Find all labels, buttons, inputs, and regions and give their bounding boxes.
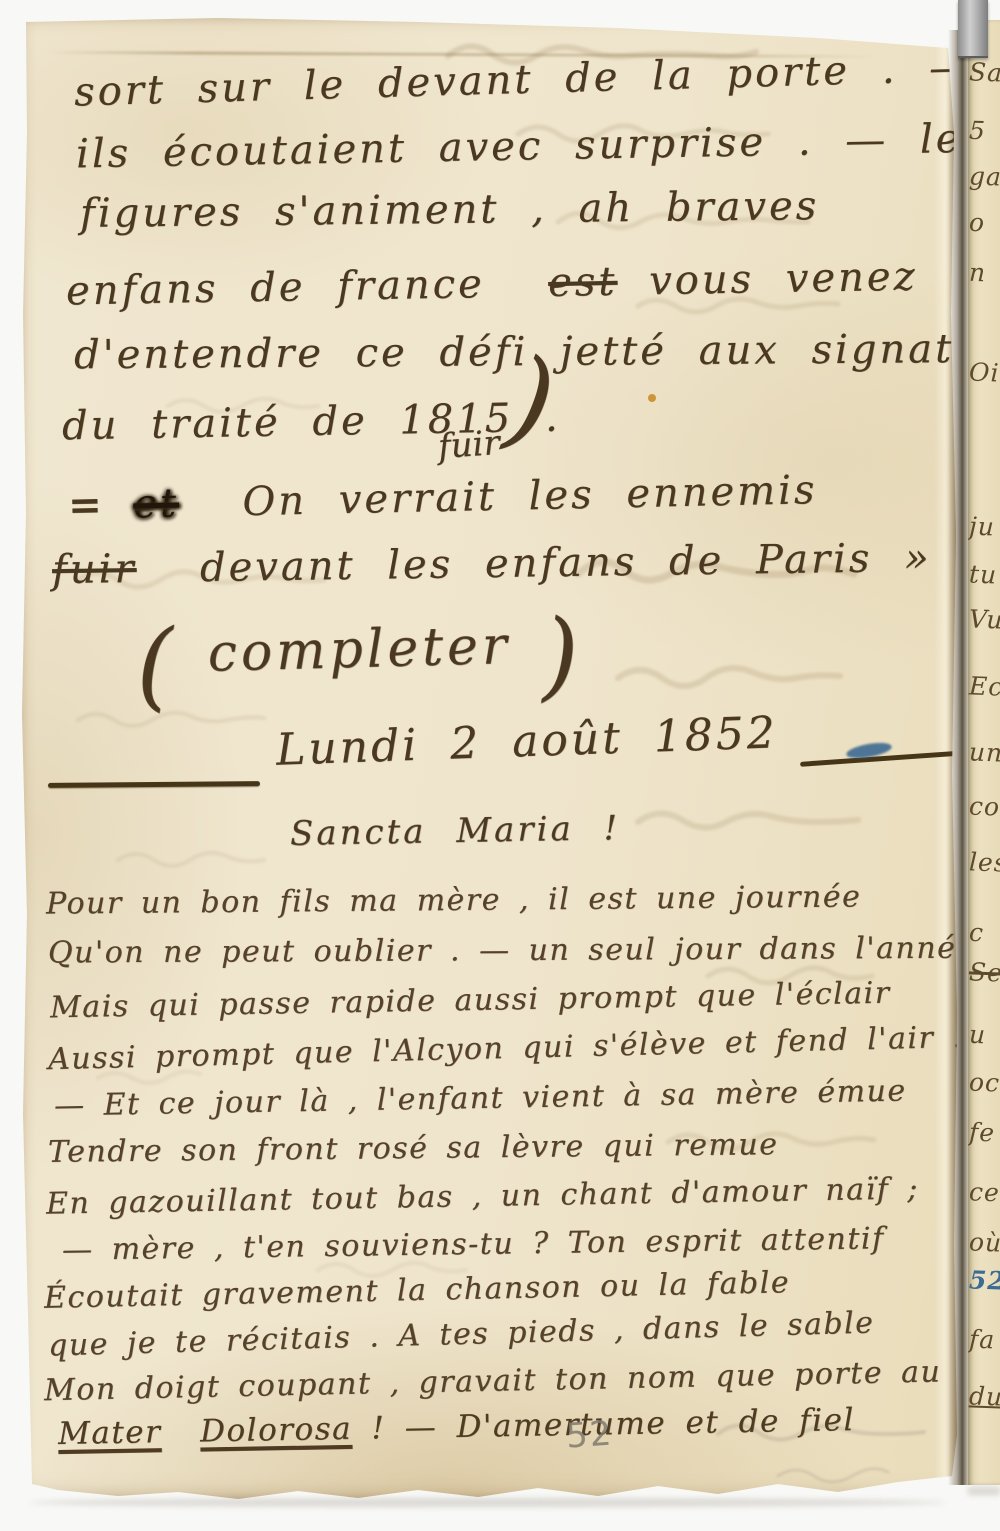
handwritten-line-4: enfans de france est vous venez <box>66 257 918 312</box>
adjacent-page-text-fragment: o <box>968 208 985 238</box>
struck-out-word-fuir: fuir <box>52 546 137 593</box>
adjacent-page-text-fragment: co <box>969 791 1000 821</box>
open-paren: ( <box>135 609 179 722</box>
line-4-text: enfans de france <box>66 261 485 314</box>
handwritten-line-3: figures s'animent , ah braves <box>80 186 820 234</box>
adjacent-page-text-fragment: ju <box>969 512 996 542</box>
poem-line: En gazouillant tout bas , un chant d'amo… <box>46 1174 919 1219</box>
adjacent-page-text-fragment: Sa <box>969 57 1000 87</box>
adjacent-page-text-fragment: ga <box>969 161 1000 191</box>
adjacent-page-text-fragment: où <box>969 1227 1000 1257</box>
adjacent-page-text-fragment: Se <box>969 957 1000 987</box>
adjacent-page-shadow <box>968 1487 1000 1495</box>
adjacent-page-text-fragment: u <box>968 1020 986 1050</box>
adjacent-page-text-fragment: c <box>968 918 984 948</box>
pencil-page-number: 52 <box>565 1416 615 1453</box>
line-7-text: On verrait les ennemis <box>242 467 818 525</box>
handwritten-line-7: = et On verrait les ennemis <box>68 470 818 526</box>
close-paren: ) <box>540 598 584 711</box>
poem-line: Aussi prompt que l'Alcyon qui s'élève et… <box>48 1023 964 1075</box>
poem-line: Mais qui passe rapide aussi prompt que l… <box>50 979 891 1024</box>
manuscript-page: sort sur le devant de la porte . — ils é… <box>18 14 970 1504</box>
date-rule-left <box>48 781 260 788</box>
struck-out-word: est <box>548 259 618 306</box>
poem-line: Pour un bon fils ma mère , il est une jo… <box>46 882 862 919</box>
adjacent-page-text-fragment: Vu <box>969 604 1000 634</box>
line-8-text: devant les enfans de Paris » <box>200 535 932 591</box>
handwritten-line-8: fuir devant les enfans de Paris » <box>52 538 932 590</box>
adjacent-page-text-fragment: fa <box>969 1325 996 1355</box>
completer-word: completer <box>207 616 511 684</box>
date-heading: Lundi 2 août 1852 <box>275 711 778 772</box>
poem-line: Mon doigt coupant , gravait ton nom que … <box>44 1356 1000 1406</box>
adjacent-page-edge: Sa5gaonOijutuVuEcuncolescSeuocfeceroù52f… <box>968 20 1000 1485</box>
handwritten-line-2: ils écoutaient avec surprise . — leurs <box>76 118 1000 175</box>
underlined-word-dolorosa: Dolorosa <box>200 1411 353 1450</box>
underlined-word-mater: Mater <box>58 1414 162 1452</box>
adjacent-page-text-fragment: tu <box>969 560 998 590</box>
completer-note: ( completer ) <box>135 606 584 714</box>
poem-line: Qu'on ne peut oublier . — un seul jour d… <box>48 933 1000 968</box>
adjacent-page-text-fragment: cer <box>969 1177 1000 1208</box>
adjacent-page-text-fragment: oc <box>969 1067 1000 1097</box>
poem-line: Tendre son front rosé sa lèvre qui remue <box>48 1130 779 1168</box>
adjacent-page-text-fragment: du <box>969 1381 1000 1411</box>
double-dash-mark: = <box>68 481 102 529</box>
poem-line: — Et ce jour là , l'enfant vient à sa mè… <box>54 1077 907 1122</box>
adjacent-page-text-fragment: n <box>968 258 986 288</box>
inserted-word-above-line: fuir <box>437 426 501 464</box>
poem-line: Écoutait gravement la chanson ou la fabl… <box>44 1268 791 1314</box>
adjacent-page-text-fragment: Ec <box>969 671 1000 701</box>
mater-dolorosa-line: Mater Dolorosa ! — D'amertume et de fiel <box>58 1405 855 1450</box>
adjacent-page-text-fragment: Oi <box>969 357 1000 387</box>
adjacent-page-text-fragment: 52 <box>969 1265 1000 1295</box>
metal-clip <box>958 0 988 58</box>
line-4-text-after: vous venez <box>649 254 918 305</box>
sancta-maria-heading: Sancta Maria ! <box>290 811 621 851</box>
adjacent-page-text-fragment: les <box>969 847 1000 877</box>
page-bottom-shadow <box>30 1498 945 1507</box>
adjacent-page-text-fragment: un <box>969 737 1000 767</box>
adjacent-page-text-fragment: fe <box>969 1118 996 1148</box>
ink-fleck <box>648 394 656 402</box>
poem-line: que je te récitais . A tes pieds , dans … <box>48 1308 875 1361</box>
manuscript-photo: sort sur le devant de la porte . — ils é… <box>0 0 1000 1531</box>
poem-line: — mère , t'en souviens-tu ? Ton esprit a… <box>62 1224 885 1265</box>
adjacent-page-text-fragment: 5 <box>968 116 986 146</box>
ink-blot-word: et <box>133 481 180 528</box>
handwritten-line-1: sort sur le devant de la porte . — <box>74 47 973 112</box>
